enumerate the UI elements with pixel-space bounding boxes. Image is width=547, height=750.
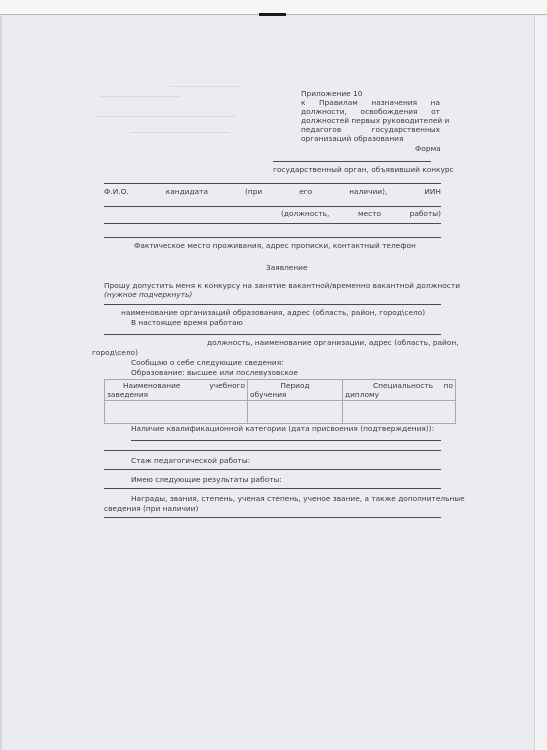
qualification-label: Наличие квалификационной категории (дата… <box>131 424 434 433</box>
form-label: Форма <box>415 144 441 153</box>
awards-line[interactable] <box>104 517 441 518</box>
bleed-through <box>170 86 240 87</box>
cell-specialty[interactable] <box>343 401 456 424</box>
request-text: Прошу допустить меня к конкурсу на занят… <box>104 281 441 290</box>
rules-line-1: к Правилам назначения на <box>301 98 440 107</box>
position-caption: (должность, место работы) <box>281 209 441 218</box>
fio-line[interactable] <box>104 183 441 184</box>
document-page: Приложение 10 к Правилам назначения на д… <box>0 16 534 750</box>
bleed-through <box>130 132 230 133</box>
rules-line-4: педагогов государственных <box>301 125 440 134</box>
awards-label: Награды, звания, степень, ученая степень… <box>131 494 465 503</box>
results-line[interactable] <box>104 488 441 489</box>
position-line[interactable] <box>104 206 441 207</box>
header-specialty: Специальность по диплому <box>343 380 456 401</box>
table-header-row: Наименование учебного заведения Период о… <box>105 380 456 401</box>
gov-body-line[interactable] <box>273 161 431 162</box>
qualification-line-2[interactable] <box>104 450 441 451</box>
current-work-caption-2: город\село) <box>92 348 138 357</box>
experience-label: Стаж педагогической работы: <box>131 456 250 465</box>
cell-period[interactable] <box>248 401 343 424</box>
rules-line-2: должности, освобождения от <box>301 107 440 116</box>
cell-institution[interactable] <box>105 401 248 424</box>
info-intro: Сообщаю о себе следующие сведения: <box>131 358 284 367</box>
bleed-through <box>100 96 180 97</box>
org-caption: наименование организаций образования, ад… <box>121 308 425 317</box>
org-line[interactable] <box>104 304 441 305</box>
qualification-line[interactable] <box>131 440 441 441</box>
bleed-through <box>95 116 235 117</box>
current-work-label: В настоящее время работаю <box>131 318 243 327</box>
header-period: Период обучения <box>248 380 343 401</box>
rules-line-5: организаций образования <box>301 134 403 143</box>
position-line-2[interactable] <box>104 223 441 224</box>
gov-body-caption: государственный орган, объявивший конкур… <box>273 165 454 174</box>
appendix-number: Приложение 10 <box>301 89 362 98</box>
current-work-line[interactable] <box>104 334 441 335</box>
rules-line-3: должностей первых руководителей и <box>301 116 449 125</box>
results-label: Имею следующие результаты работы: <box>131 475 282 484</box>
education-label: Образование: высшее или послевузовское <box>131 368 298 377</box>
request-note: (нужное подчеркнуть) <box>104 290 192 299</box>
header-institution: Наименование учебного заведения <box>105 380 248 401</box>
residence-caption: Фактическое место проживания, адрес проп… <box>134 241 416 250</box>
current-work-caption: должность, наименование организации, адр… <box>207 338 459 347</box>
fio-caption: Ф.И.О. кандидата (при его наличии), ИИН <box>104 187 441 196</box>
page-right-edge <box>534 16 547 750</box>
experience-line[interactable] <box>104 469 441 470</box>
awards-label-2: сведения (при наличии) <box>104 504 198 513</box>
table-row <box>105 401 456 424</box>
residence-line[interactable] <box>104 237 441 238</box>
education-table: Наименование учебного заведения Период о… <box>104 379 456 424</box>
statement-title: Заявление <box>266 263 308 272</box>
